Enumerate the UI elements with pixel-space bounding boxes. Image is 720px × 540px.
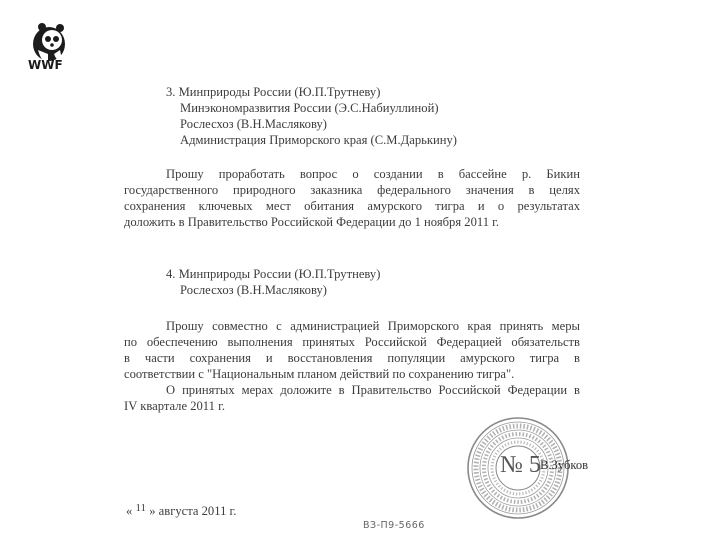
addressee-line: Рослесхоз (В.Н.Маслякову) <box>180 116 327 132</box>
document-code: ВЗ-П9-5666 <box>363 520 425 531</box>
paragraph-line: О принятых мерах доложите в Правительств… <box>166 382 580 398</box>
paragraph-line: IV квартале 2011 г. <box>124 398 225 414</box>
signature: В.Зубков <box>540 458 588 473</box>
document-date: « 11 » августа 2011 г. <box>126 504 236 519</box>
paragraph-line: Прошу проработать вопрос о создании в ба… <box>166 166 580 182</box>
paragraph-line: соответствии с "Национальным планом дейс… <box>124 366 514 382</box>
date-month-year: августа 2011 г. <box>159 504 237 518</box>
stamp-number: № 5 <box>500 452 541 479</box>
paragraph-line: сохранения ключевых мест обитания амурск… <box>124 198 580 214</box>
addressee-line: 3. Минприроды России (Ю.П.Трутневу) <box>166 84 380 100</box>
date-day: 11 <box>135 502 146 514</box>
paragraph-line: доложить в Правительство Российской Феде… <box>124 214 499 230</box>
addressee-line: Рослесхоз (В.Н.Маслякову) <box>180 282 327 298</box>
paragraph-line: Прошу совместно с администрацией Приморс… <box>166 318 580 334</box>
wwf-logo-text: WWF <box>28 58 63 72</box>
paragraph-line: по обеспечению выполнения принятых Росси… <box>124 334 580 350</box>
paragraph-line: в части сохранения и восстановления попу… <box>124 350 580 366</box>
addressee-line: 4. Минприроды России (Ю.П.Трутневу) <box>166 266 380 282</box>
paragraph-line: государственного природного заказника фе… <box>124 182 580 198</box>
addressee-line: Минэкономразвития России (Э.С.Набиуллино… <box>180 100 439 116</box>
addressee-line: Администрация Приморского края (С.М.Дарь… <box>180 132 457 148</box>
